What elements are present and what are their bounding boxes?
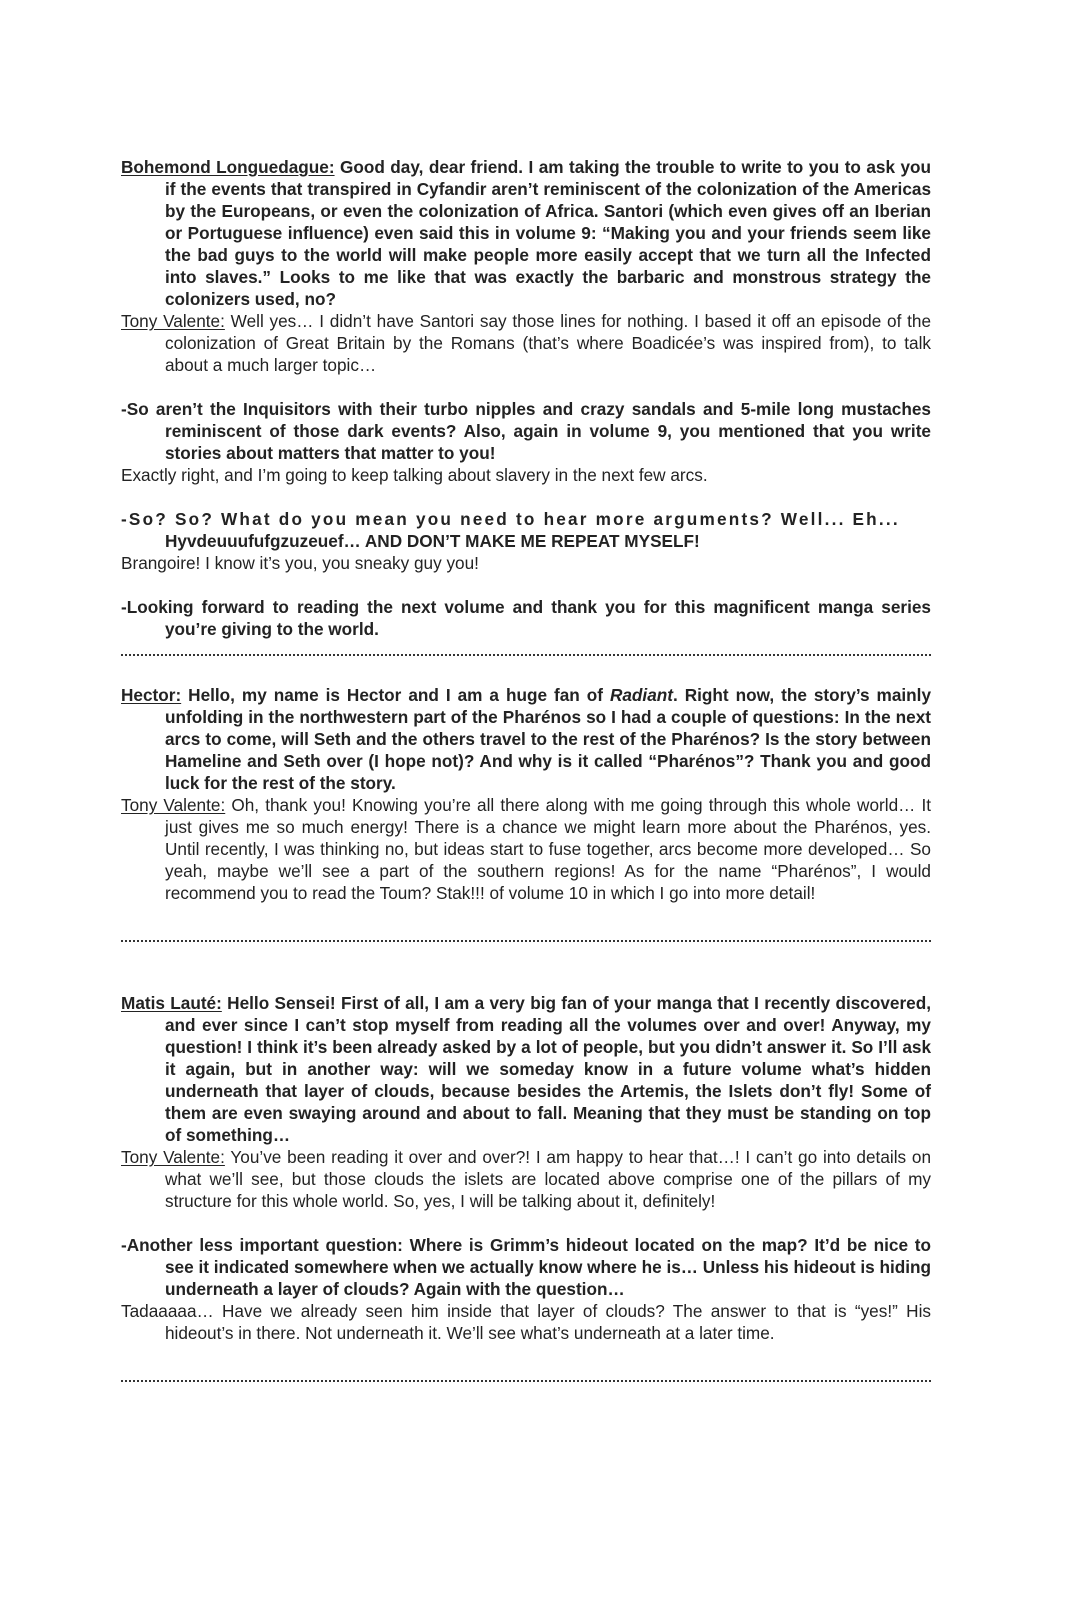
question-line-1: -So? So? What do you mean you need to he… [121,509,900,529]
reader-question: Hector: Hello, my name is Hector and I a… [121,684,931,794]
spacer [121,574,931,596]
question-text: Good day, dear friend. I am taking the t… [165,157,931,309]
reader-question: Bohemond Longuedague: Good day, dear fri… [121,156,931,310]
letter-hector: Hector: Hello, my name is Hector and I a… [121,684,931,904]
followup-answer: Exactly right, and I’m going to keep tal… [121,464,931,486]
author-name: Tony Valente: [121,1147,225,1167]
spacer [121,948,931,992]
reader-name: Bohemond Longuedague: [121,157,335,177]
spacer [121,1344,931,1366]
reader-name: Hector: [121,685,181,705]
author-answer: Tony Valente: You’ve been reading it ove… [121,1146,931,1212]
dotted-separator [121,926,931,948]
answer-text: Well yes… I didn’t have Santori say thos… [165,311,931,375]
qa-page: Bohemond Longuedague: Good day, dear fri… [121,156,931,1388]
spacer [121,376,931,398]
spacer [121,662,931,684]
author-name: Tony Valente: [121,795,225,815]
question-text: Hello Sensei! First of all, I am a very … [165,993,931,1145]
dotted-separator [121,640,931,662]
letter-matis: Matis Lauté: Hello Sensei! First of all,… [121,992,931,1344]
reader-name: Matis Lauté: [121,993,222,1013]
manga-title: Radiant [610,685,673,705]
followup-answer: Tadaaaaa… Have we already seen him insid… [121,1300,931,1344]
answer-text: Oh, thank you! Knowing you’re all there … [165,795,931,903]
question-line-2: Hyvdeuuufufgzuzeuef… AND DON’T MAKE ME R… [165,531,700,551]
followup-question: -Another less important question: Where … [121,1234,931,1300]
author-answer: Tony Valente: Oh, thank you! Knowing you… [121,794,931,904]
letter-bohemond: Bohemond Longuedague: Good day, dear fri… [121,156,931,640]
followup-question: -So aren’t the Inquisitors with their tu… [121,398,931,464]
question-text: Hello, my name is Hector and I am a huge… [188,685,610,705]
followup-answer: Brangoire! I know it’s you, you sneaky g… [121,552,931,574]
spacer [121,1212,931,1234]
followup-question: -Looking forward to reading the next vol… [121,596,931,640]
spacer [121,904,931,926]
reader-question: Matis Lauté: Hello Sensei! First of all,… [121,992,931,1146]
spacer [121,486,931,508]
author-name: Tony Valente: [121,311,225,331]
answer-text: You’ve been reading it over and over?! I… [165,1147,931,1211]
author-answer: Tony Valente: Well yes… I didn’t have Sa… [121,310,931,376]
followup-question: -So? So? What do you mean you need to he… [121,508,931,552]
dotted-separator [121,1366,931,1388]
